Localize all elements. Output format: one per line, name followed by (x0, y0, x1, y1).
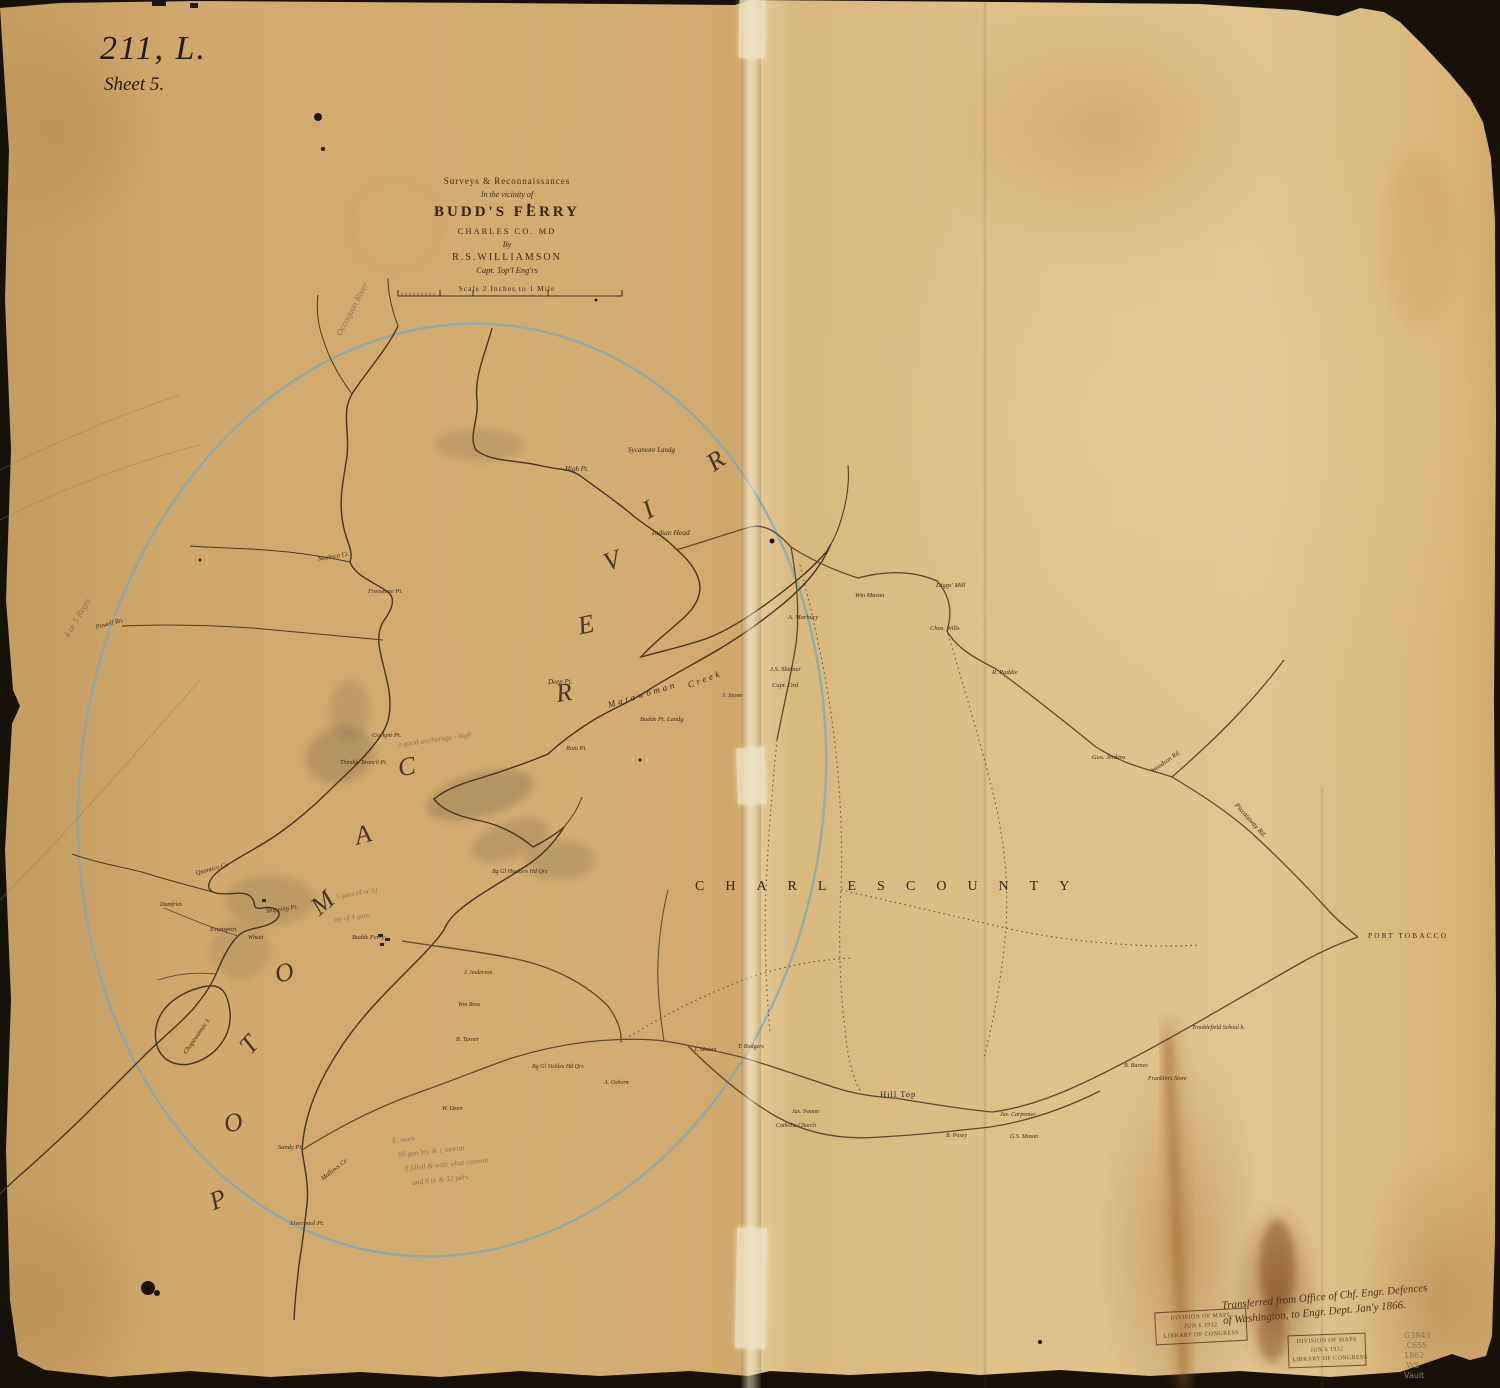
map-label: Deep Pt. (548, 678, 573, 686)
map-label: Budds Pt. Landg (640, 716, 684, 723)
map-label: Dumfries (160, 902, 182, 908)
map-label: A. Marbury (788, 614, 818, 621)
map-label: B. Posey (946, 1133, 967, 1139)
map-label: R. Paddie (992, 669, 1018, 676)
mattawoman-upper (831, 465, 848, 544)
map-label: Bg Gl Hookers Hd Qrs (492, 869, 547, 875)
map-label: W. Dean (442, 1106, 462, 1112)
scale-text: Scale 2 Inches to 1 Mile (382, 284, 632, 293)
map-label: Wm Ross (458, 1002, 480, 1008)
map-label: Franklin's Store (1148, 1076, 1187, 1082)
sheet-seam (741, 0, 761, 1388)
author-name: R.S.WILLIAMSON (382, 252, 632, 263)
county-label-charles: CHARLES (695, 879, 906, 895)
map-label: High Pt. (565, 465, 589, 473)
map-label: G.S. Mason (1010, 1134, 1038, 1140)
map-label: Chas. Wills (930, 625, 960, 632)
title-block: Surveys & Reconnaissances In the vicinit… (382, 176, 632, 293)
map-label: Cockpit Pt. (372, 732, 401, 739)
paper-stains (349, 150, 1458, 1388)
map-label: Wheat (248, 935, 263, 941)
tape-patch (736, 748, 766, 805)
sheet-number: Sheet 5. (104, 74, 164, 96)
tape-patch (735, 1228, 767, 1349)
road-shore-to-hilltop (302, 937, 1358, 1150)
map-label: Diggs' Mill (936, 582, 965, 589)
map-label: A. Osborn (604, 1080, 629, 1086)
quantico-creek (72, 854, 216, 893)
map-label: Hill Top (880, 1089, 916, 1099)
map-label: Jas. Swann (792, 1109, 819, 1115)
road-budds-ferry (402, 941, 621, 1042)
byline: By (382, 240, 632, 249)
map-label: Thimble Branch Pt. (340, 760, 387, 766)
map-label: Geo. Jenkins (1092, 754, 1126, 761)
fold-crease (983, 0, 987, 1388)
map-label: Budds Ferry (352, 934, 385, 941)
map-label: Troublefield School h. (1192, 1025, 1245, 1031)
map-title: BUDD'S FERRY (382, 204, 632, 221)
pencil-lines (0, 395, 200, 900)
map-label: Freestone Pt. (368, 588, 403, 595)
port-tobacco-label: PORT TOBACCO (1368, 931, 1448, 940)
call-number: G3843 .C6S5 1862 .W5 Vault (1404, 1331, 1431, 1381)
dashed-roads (621, 565, 1200, 1097)
map-label: T. Mason (694, 1047, 716, 1053)
map-label: J.S. Skinner (770, 666, 801, 673)
title-line2: In the vicinity of (382, 190, 632, 199)
author-rank: Capt. Top'l Eng'rs (382, 265, 632, 275)
map-label: Rum Pt. (566, 745, 587, 752)
road-chopawamsic-west (158, 973, 216, 980)
road-center-south (777, 547, 798, 740)
map-label: J. Anderson (464, 970, 493, 976)
map-label: Wm Mason (855, 592, 884, 599)
title-line1: Surveys & Reconnaissances (382, 176, 632, 186)
map-label: Indian Head (652, 528, 690, 537)
map-label: Liverpool Pt. (290, 1220, 324, 1227)
pencil-shading (210, 429, 595, 980)
chickamuxen-inner (564, 797, 582, 827)
map-label: T. Rodgers (738, 1044, 764, 1050)
road-junction-north (658, 890, 668, 1041)
map-label: J. Stone (722, 692, 743, 699)
library-stamp: DIVISION OF MAPS JUN 6 1932 LIBRARY OF C… (1287, 1333, 1366, 1369)
map-label: Jas. Carpenter (1000, 1112, 1036, 1118)
map-subtitle: CHARLES CO. MD (382, 226, 632, 236)
map-label: Capt. Ord (772, 682, 798, 689)
map-label: Evansport (210, 926, 237, 933)
county-label-county: COUNTY (906, 879, 1090, 895)
road-piscataway-branch (1172, 660, 1284, 777)
map-label: B. Barnes (1124, 1063, 1148, 1069)
tape-patch (738, 0, 765, 58)
map-label: Bg Gl Sickles Hd Qrs (532, 1064, 584, 1070)
map-label: Catholic Church (776, 1123, 816, 1129)
powell-run (122, 625, 383, 640)
map-label: Sycamore Landg (628, 446, 675, 454)
archive-number: 211, L. (100, 30, 207, 68)
map-label: B. Turner (456, 1037, 479, 1043)
map-label: Sandy Pt. (278, 1144, 303, 1151)
chopawamsic-island (155, 986, 230, 1065)
scanned-map-page: 211, L. Sheet 5. Surveys & Reconnaissanc… (0, 0, 1500, 1388)
